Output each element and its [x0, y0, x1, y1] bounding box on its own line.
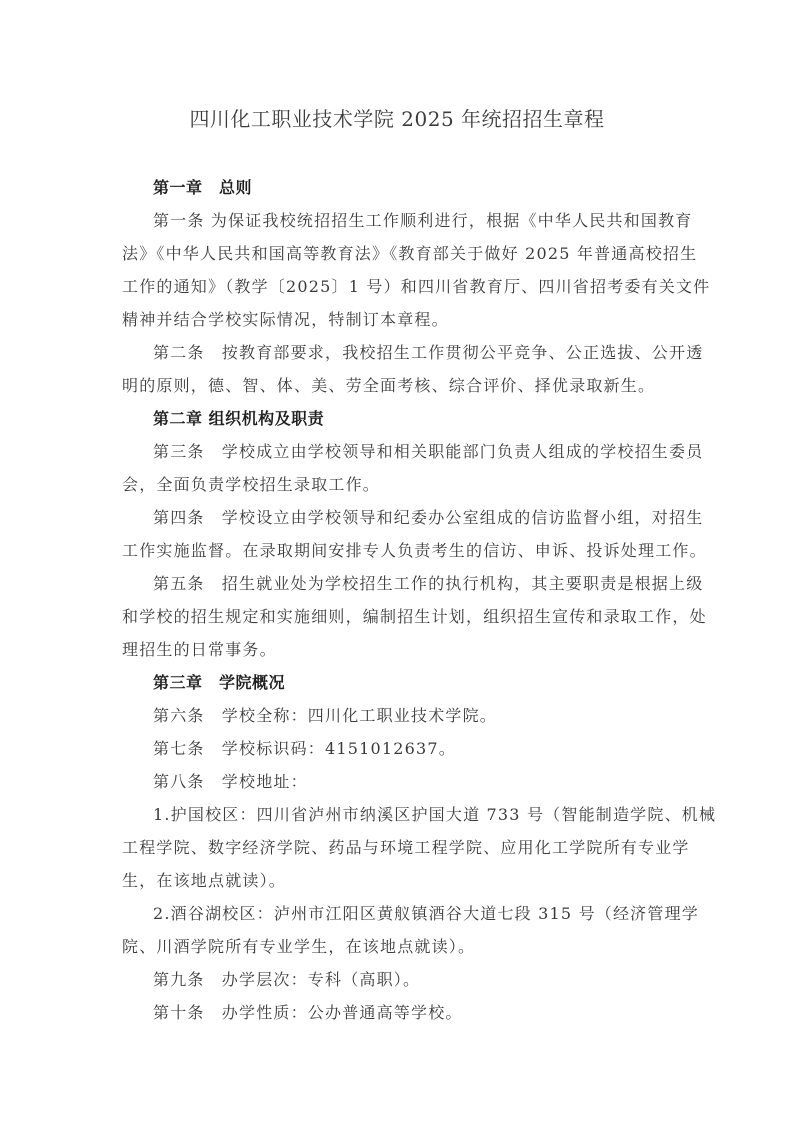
- paragraph-line: 第一条 为保证我校统招招生工作顺利进行，根据《中华人民共和国教育: [153, 211, 693, 231]
- document-title: 四川化工职业技术学院 2025 年统招招生章程: [0, 103, 794, 132]
- paragraph-line: 工作的通知》（教学〔2025〕1 号）和四川省教育厅、四川省招考委有关文件: [122, 277, 710, 297]
- paragraph-line: 会，全面负责学校招生录取工作。: [122, 475, 380, 495]
- paragraph-line: 生，在该地点就读）。: [122, 871, 286, 891]
- paragraph-line: 工程学院、数字经济学院、药品与环境工程学院、应用化工学院所有专业学: [122, 838, 690, 858]
- paragraph-line: 和学校的招生规定和实施细则，编制招生计划，组织招生宣传和录取工作，处: [122, 607, 707, 627]
- paragraph-line: 第五条 招生就业处为学校招生工作的执行机构，其主要职责是根据上级: [153, 574, 703, 594]
- paragraph-line: 1.护国校区：四川省泸州市纳溪区护国大道 733 号（智能制造学院、机械: [153, 805, 716, 825]
- paragraph-line: 第八条 学校地址：: [153, 772, 308, 792]
- paragraph-line: 第二条 按教育部要求，我校招生工作贯彻公平竞争、公正选拔、公开透: [153, 343, 703, 363]
- paragraph-line: 第三条 学校成立由学校领导和相关职能部门负责人组成的学校招生委员: [153, 442, 703, 462]
- paragraph-line: 第七条 学校标识码：4151012637。: [153, 739, 456, 759]
- paragraph-line: 明的原则，德、智、体、美、劳全面考核、综合评价、择优录取新生。: [122, 376, 655, 396]
- paragraph-line: 2.酒谷湖校区：泸州市江阳区黄舣镇酒谷大道七段 315 号（经济管理学: [153, 904, 699, 924]
- paragraph-line: 第九条 办学层次：专科（高职）。: [153, 970, 420, 990]
- paragraph-line: 第六条 学校全称：四川化工职业技术学院。: [153, 706, 497, 726]
- paragraph-line: 法》《中华人民共和国高等教育法》《教育部关于做好 2025 年普通高校招生: [122, 244, 697, 264]
- paragraph-line: 工作实施监督。在录取期间安排专人负责考生的信访、申诉、投诉处理工作。: [122, 541, 707, 561]
- paragraph-line: 院、川酒学院所有专业学生，在该地点就读）。: [122, 937, 475, 957]
- paragraph-line: 理招生的日常事务。: [122, 640, 277, 660]
- chapter-heading: 第二章 组织机构及职责: [153, 409, 324, 429]
- paragraph-line: 第十条 办学性质：公办普通高等学校。: [153, 1003, 463, 1023]
- paragraph-line: 第四条 学校设立由学校领导和纪委办公室组成的信访监督小组，对招生: [153, 508, 703, 528]
- chapter-heading: 第三章 学院概况: [153, 673, 285, 693]
- paragraph-line: 精神并结合学校实际情况，特制订本章程。: [122, 310, 449, 330]
- chapter-heading: 第一章 总则: [153, 178, 252, 198]
